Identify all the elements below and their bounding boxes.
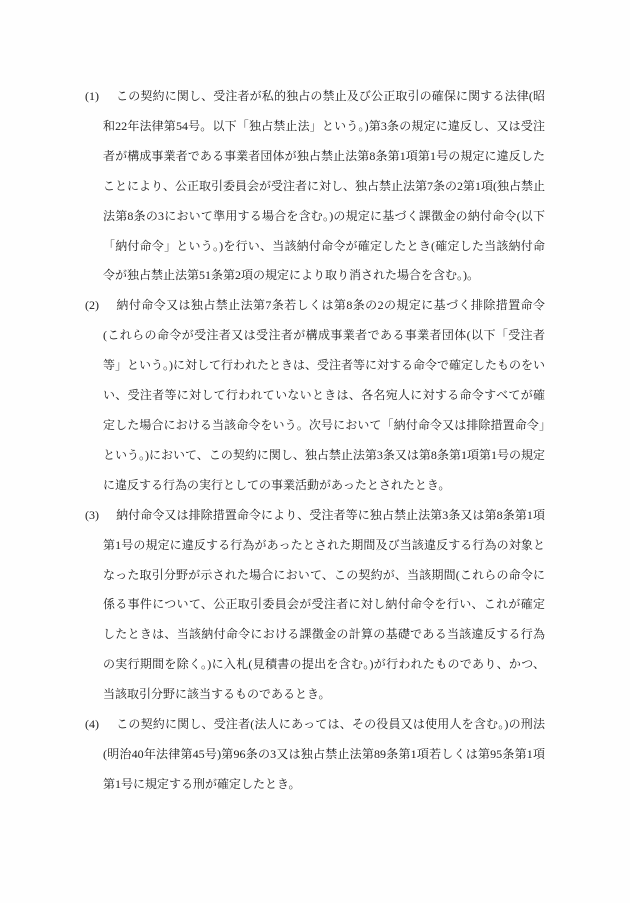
paragraph-text: 納付命令又は独占禁止法第7条若しくは第8条の2の規定に基づく排除措置命令(これら…	[103, 298, 545, 491]
paragraph-2: (2)納付命令又は独占禁止法第7条若しくは第8条の2の規定に基づく排除措置命令(…	[0, 291, 545, 500]
paragraph-1: (1)この契約に関し、受注者が私的独占の禁止及び公正取引の確保に関する法律(昭和…	[0, 82, 545, 291]
paragraph-marker: (4)	[85, 717, 99, 731]
paragraph-4: (4)この契約に関し、受注者(法人にあっては、その役員又は使用人を含む。)の刑法…	[0, 710, 545, 800]
document-body: (1)この契約に関し、受注者が私的独占の禁止及び公正取引の確保に関する法律(昭和…	[0, 82, 630, 800]
paragraph-3: (3)納付命令又は排除措置命令により、受注者等に独占禁止法第3条又は第8条第1項…	[0, 501, 545, 710]
paragraph-text: 納付命令又は排除措置命令により、受注者等に独占禁止法第3条又は第8条第1項第1号…	[103, 508, 545, 701]
paragraph-text: この契約に関し、受注者(法人にあっては、その役員又は使用人を含む。)の刑法(明治…	[103, 717, 545, 791]
paragraph-marker: (3)	[85, 508, 99, 522]
paragraph-marker: (1)	[85, 89, 99, 103]
document-page: (1)この契約に関し、受注者が私的独占の禁止及び公正取引の確保に関する法律(昭和…	[0, 0, 630, 903]
paragraph-marker: (2)	[85, 298, 99, 312]
paragraph-text: この契約に関し、受注者が私的独占の禁止及び公正取引の確保に関する法律(昭和22年…	[103, 89, 545, 282]
